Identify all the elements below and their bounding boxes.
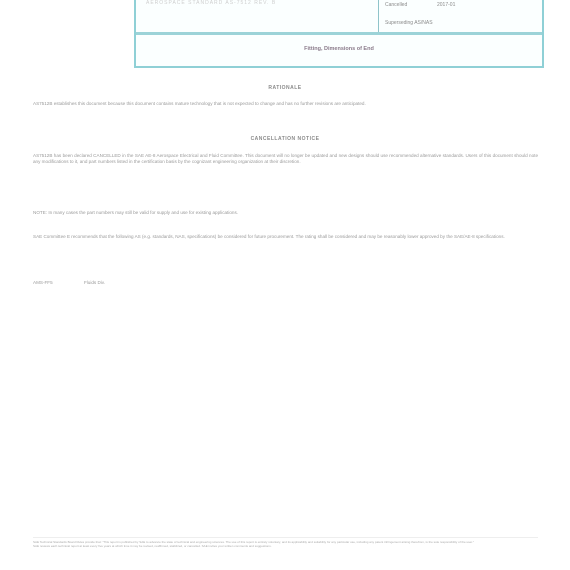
recommendation-paragraph: SAE Committee E recommends that the foll… [33,234,538,240]
footer-divider [33,537,538,538]
header-box-left-cell: AEROSPACE STANDARD AS-7512 REV. B [136,0,378,32]
rationale-paragraph: AS7512B establishes this document becaus… [33,101,538,107]
footer-notice: SAE Technical Standards Board Rules prov… [33,540,538,548]
cancelled-field: Cancelled 2017-01 [385,2,407,8]
cancelled-value: 2017-01 [437,2,455,8]
note-paragraph: NOTE: In many cases the part numbers may… [33,210,538,216]
header-box-upper: AEROSPACE STANDARD AS-7512 REV. B Cancel… [136,0,542,35]
cancellation-paragraph: AS7512B has been declared CANCELLED in t… [33,153,538,166]
signature-line: AMS-FF5 Fluids Div. [33,280,105,285]
document-header-box: AEROSPACE STANDARD AS-7512 REV. B Cancel… [134,0,544,68]
footer-line: SAE reviews each technical report at lea… [33,544,538,548]
signature-code: AMS-FF5 [33,280,53,285]
superseding-label: Superseding AS/NAS [385,20,433,26]
header-faint-text: AEROSPACE STANDARD AS-7512 REV. B [146,0,276,6]
section-title-rationale: RATIONALE [0,85,570,91]
superseding-field: Superseding AS/NAS [385,20,433,26]
header-box-right-cell: Cancelled 2017-01 Superseding AS/NAS [378,0,542,32]
cancelled-label: Cancelled [385,2,407,8]
signature-text: Fluids Div. [84,280,105,285]
document-title: Fitting, Dimensions of End [136,35,542,63]
section-title-cancellation: CANCELLATION NOTICE [0,136,570,142]
